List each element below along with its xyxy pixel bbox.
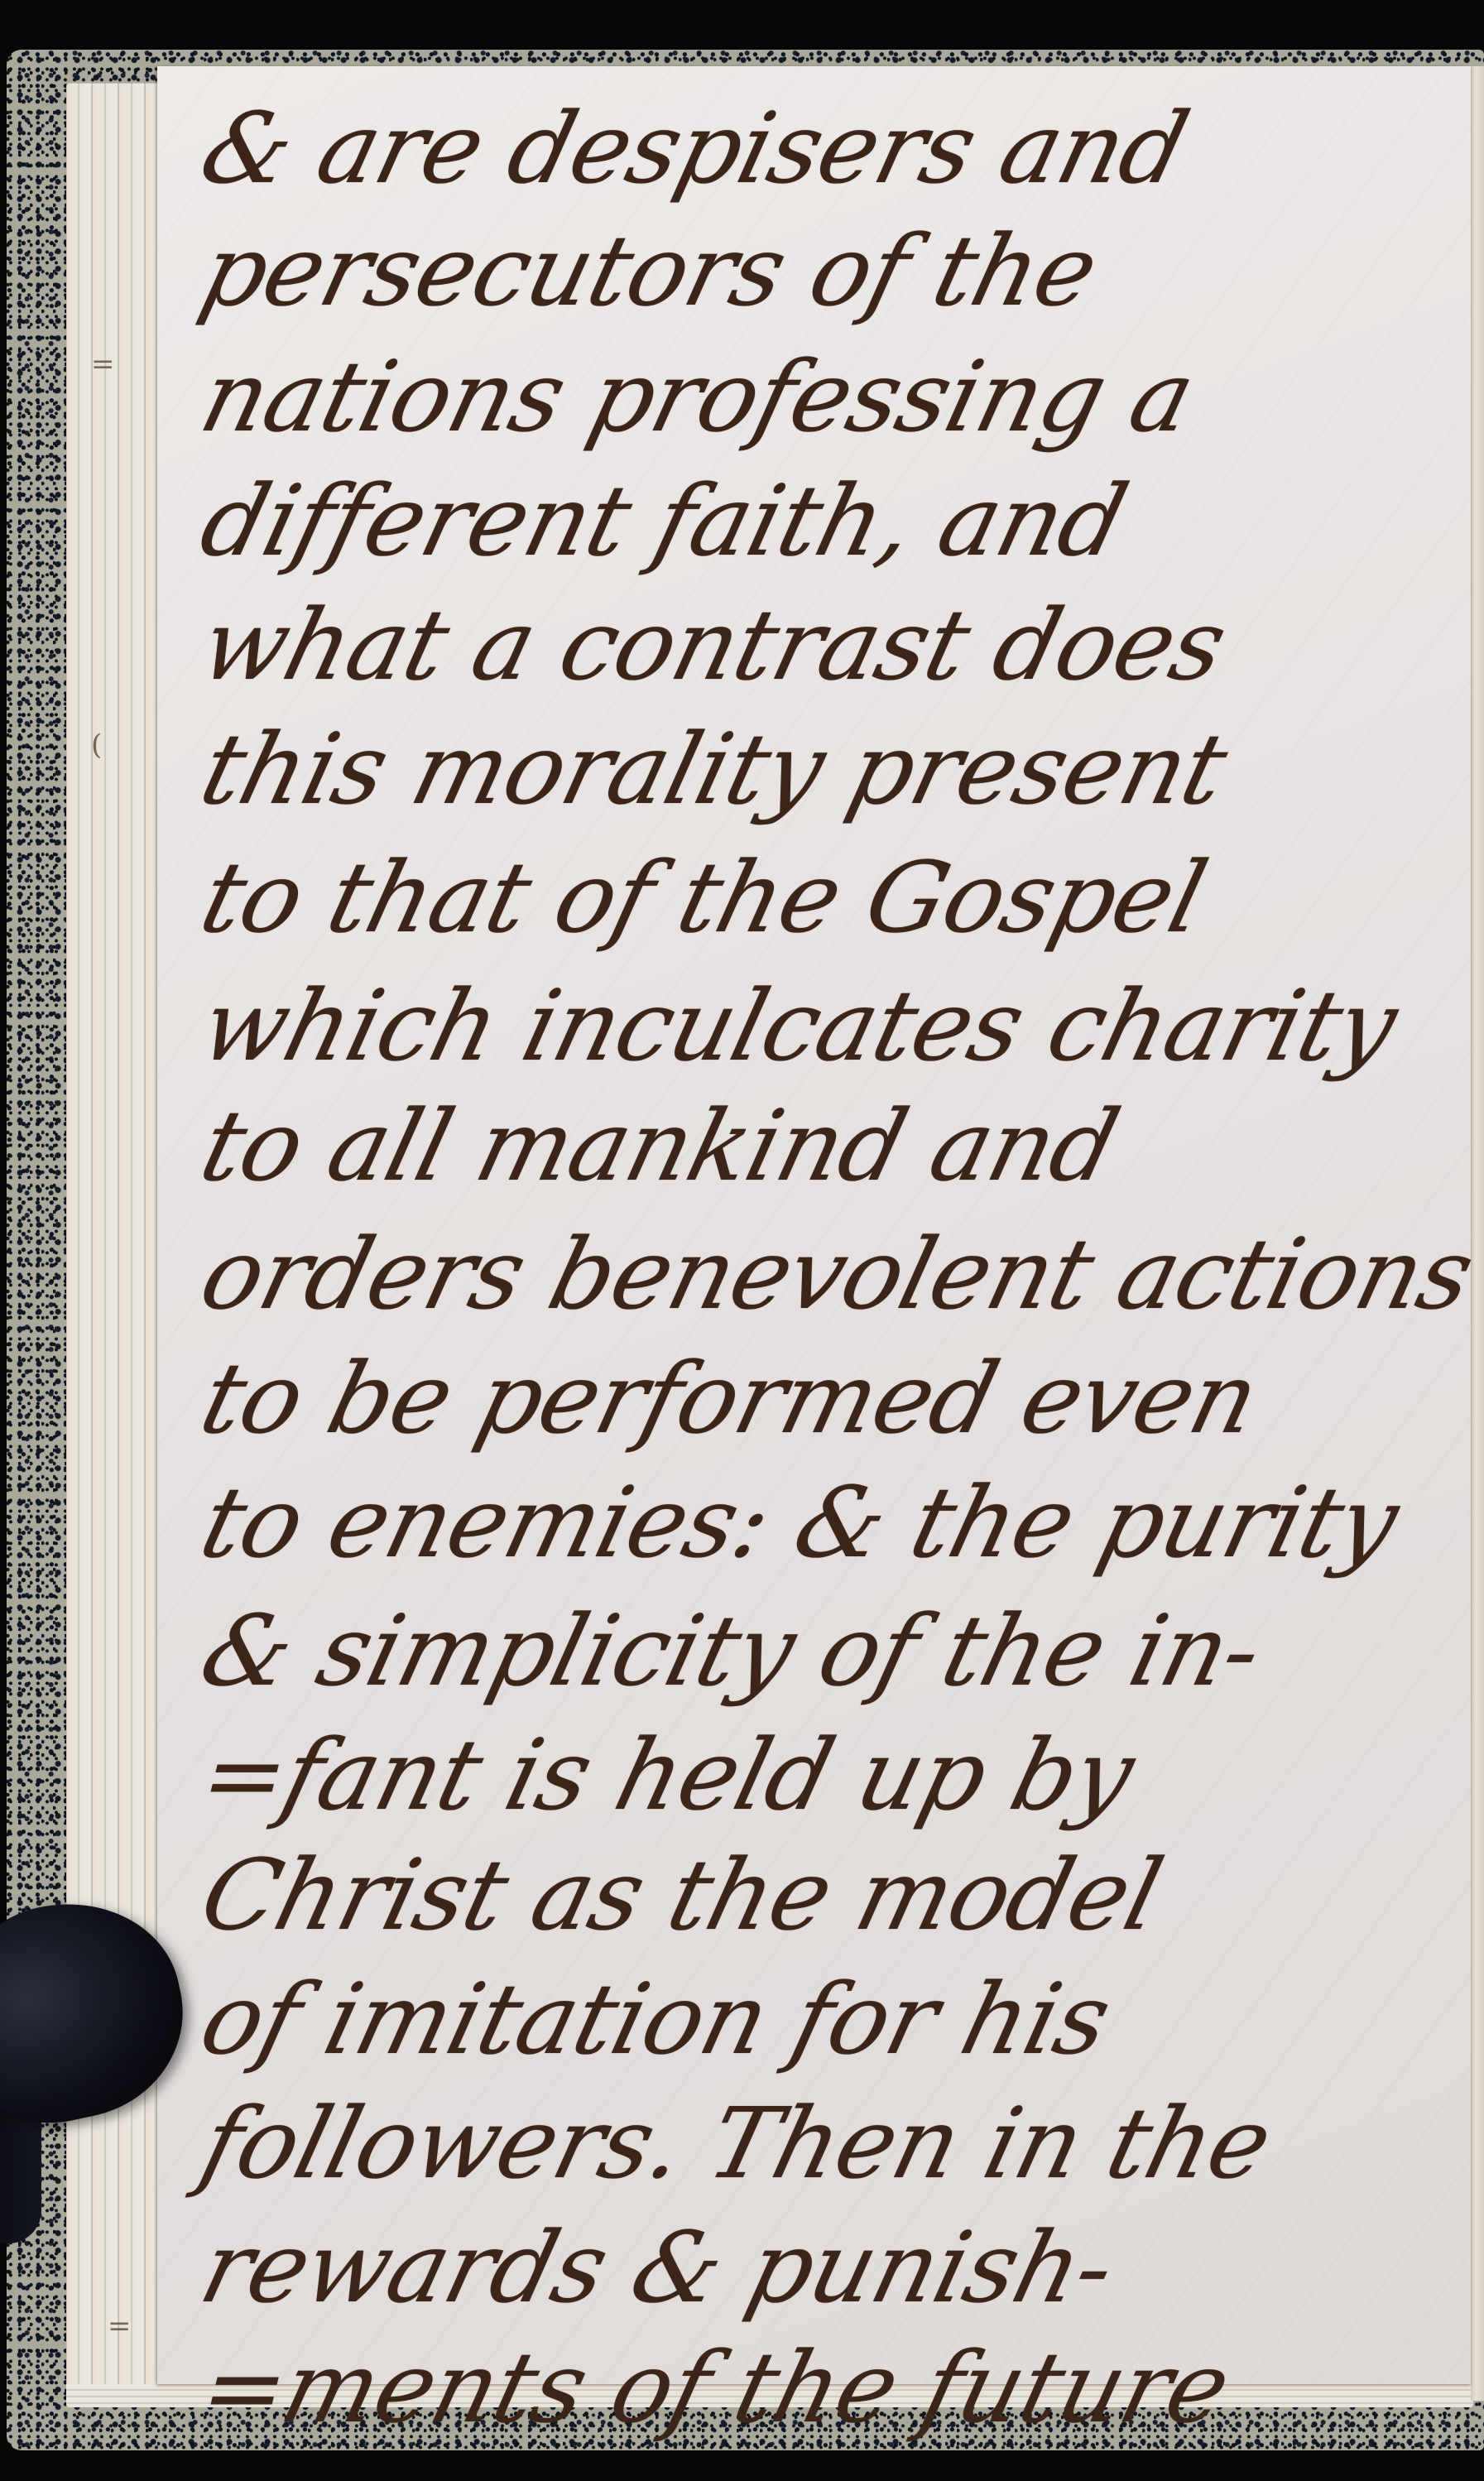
- text-line: what a contrast does: [190, 588, 1237, 702]
- text-line: to that of the Gospel: [190, 840, 1217, 954]
- text-line: & are despisers and: [190, 91, 1198, 205]
- photo-background: = ( = & are despisers and persecutors of…: [0, 0, 1484, 2481]
- text-line: which inculcates charity: [190, 969, 1408, 1083]
- text-line: this morality present: [190, 712, 1237, 826]
- text-line: of imitation for his: [190, 1962, 1121, 2076]
- text-line: to enemies: & the purity: [190, 1465, 1409, 1579]
- text-line: to all mankind and: [190, 1089, 1129, 1203]
- text-line: =fant is held up by: [190, 1718, 1145, 1832]
- margin-mark: (: [91, 728, 102, 762]
- margin-mark: =: [91, 348, 115, 381]
- text-line: persecutors of the: [190, 214, 1108, 328]
- text-line: rewards & punish-: [190, 2210, 1125, 2325]
- text-line: Christ as the model: [190, 1838, 1173, 1952]
- text-line: followers. Then in the: [190, 2086, 1282, 2200]
- text-line: different faith, and: [190, 464, 1137, 578]
- text-line: & simplicity of the in-: [190, 1594, 1272, 1708]
- text-line: nations professing a: [190, 339, 1205, 454]
- text-line: to be performed even: [190, 1341, 1269, 1455]
- text-line: =ments of the future: [190, 2330, 1241, 2445]
- text-line: orders benevolent actions: [190, 1217, 1484, 1331]
- margin-mark: =: [108, 2310, 132, 2343]
